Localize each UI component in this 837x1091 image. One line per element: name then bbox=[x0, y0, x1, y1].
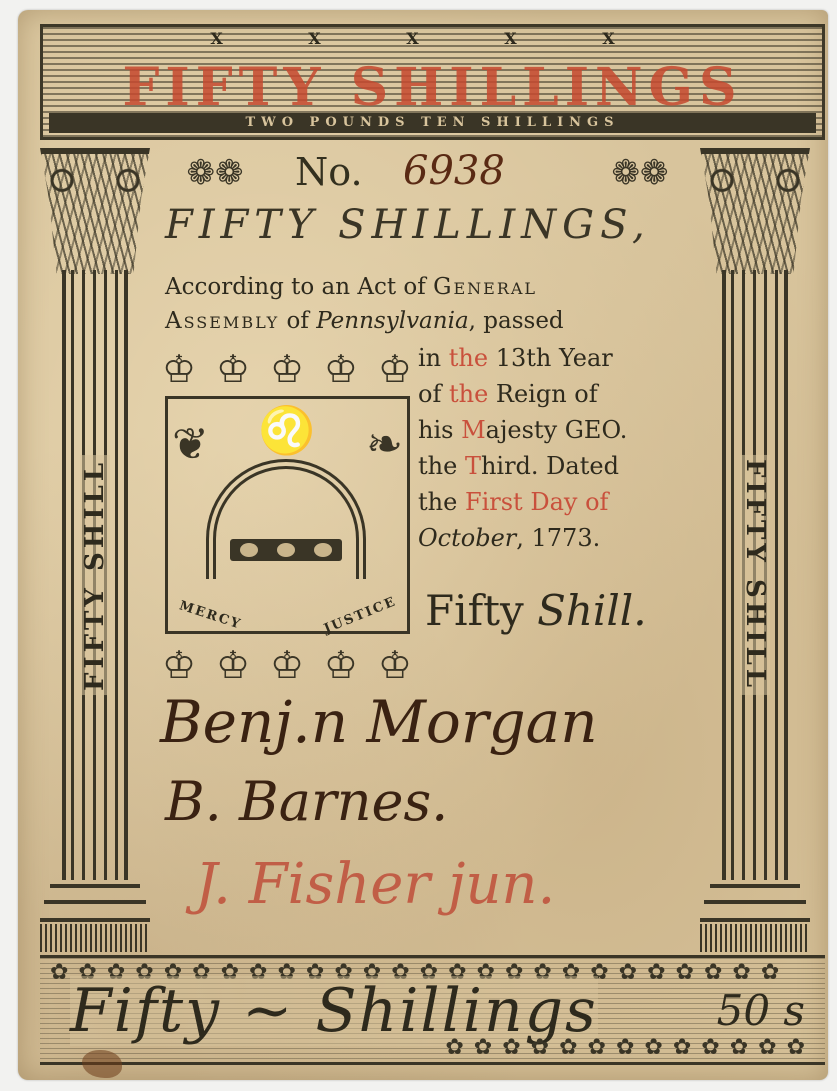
serial-number: 6938 bbox=[403, 148, 505, 194]
shield-icon bbox=[206, 459, 366, 579]
signature-fisher: J. Fisher jun. bbox=[195, 852, 555, 917]
thistle-icon: ❧ bbox=[366, 419, 403, 470]
plant-icon: ❦ bbox=[172, 419, 209, 470]
crown-icon: ♔ bbox=[216, 348, 250, 390]
column-capital-icon bbox=[40, 148, 150, 274]
crown-icon: ♔ bbox=[162, 644, 196, 686]
signature-barnes: B. Barnes. bbox=[165, 770, 448, 833]
column-capital-icon bbox=[700, 148, 810, 274]
shield-bar-icon bbox=[230, 539, 342, 561]
crown-icon: ♔ bbox=[324, 644, 358, 686]
act-text-right: in the 13th Year of the Reign of his Maj… bbox=[418, 340, 708, 556]
rosette-icon: ❁❁ bbox=[590, 148, 690, 198]
act-right-line: of the Reign of bbox=[418, 376, 708, 412]
top-banner: X X X X X FIFTY SHILLINGS TWO POUNDS TEN… bbox=[40, 24, 825, 140]
column-base-icon bbox=[40, 878, 150, 953]
column-base-icon bbox=[700, 878, 810, 953]
crown-icon: ♔ bbox=[378, 348, 412, 390]
act-right-line: the First Day of bbox=[418, 484, 708, 520]
crown-row-top: ♔♔♔♔♔ bbox=[162, 348, 412, 390]
crown-icon: ♔ bbox=[270, 644, 304, 686]
denomination-short: Fifty Shill. bbox=[425, 586, 647, 635]
x-marks: X X X X X bbox=[43, 29, 822, 48]
act-line1: According to an Act of bbox=[165, 274, 433, 300]
red-overprint-denomination: FIFTY SHILLINGS bbox=[43, 57, 822, 118]
column-shaft: FIFTY SHILL bbox=[62, 270, 128, 880]
rosette-icon: ❁❁ bbox=[165, 148, 265, 198]
crown-row-bottom: ♔♔♔♔♔ bbox=[162, 644, 412, 686]
motto-mercy: MERCY bbox=[177, 598, 243, 632]
crown-icon: ♔ bbox=[270, 348, 304, 390]
lion-icon: ♌ bbox=[258, 403, 315, 458]
bottom-banner: ✿✿✿✿✿✿✿✿✿✿✿✿✿✿✿✿✿✿✿✿✿✿✿✿✿✿ Fifty ~ Shill… bbox=[40, 955, 825, 1065]
column-text: FIFTY SHILL bbox=[740, 455, 770, 695]
crown-icon: ♔ bbox=[162, 348, 196, 390]
crown-icon: ♔ bbox=[216, 644, 250, 686]
motto-justice: JUSTICE bbox=[322, 594, 399, 637]
banner-subtitle: TWO POUNDS TEN SHILLINGS bbox=[49, 113, 816, 133]
column-shaft: FIFTY SHILL bbox=[722, 270, 788, 880]
flower-border-icon: ✿✿✿✿✿✿✿✿✿✿✿✿✿ bbox=[50, 1035, 815, 1060]
coat-of-arms: ❦ ❧ ♌ MERCY JUSTICE bbox=[165, 396, 410, 634]
note-title: FIFTY SHILLINGS, bbox=[165, 202, 651, 248]
serial-label: No. bbox=[295, 150, 363, 194]
date-line: October, 1773. bbox=[418, 520, 708, 556]
serial-row: ❁❁ No. 6938 ❁❁ bbox=[165, 148, 695, 198]
act-right-line: the Third. Dated bbox=[418, 448, 708, 484]
act-right-line: in the 13th Year bbox=[418, 340, 708, 376]
crown-icon: ♔ bbox=[324, 348, 358, 390]
act-right-line: his Majesty GEO. bbox=[418, 412, 708, 448]
column-text: FIFTY SHILL bbox=[80, 455, 110, 695]
act-text: According to an Act of General Assembly … bbox=[165, 270, 705, 338]
abbreviated-denomination: 50 s bbox=[717, 986, 805, 1035]
signature-morgan: Benj.n Morgan bbox=[160, 688, 598, 756]
crown-icon: ♔ bbox=[378, 644, 412, 686]
